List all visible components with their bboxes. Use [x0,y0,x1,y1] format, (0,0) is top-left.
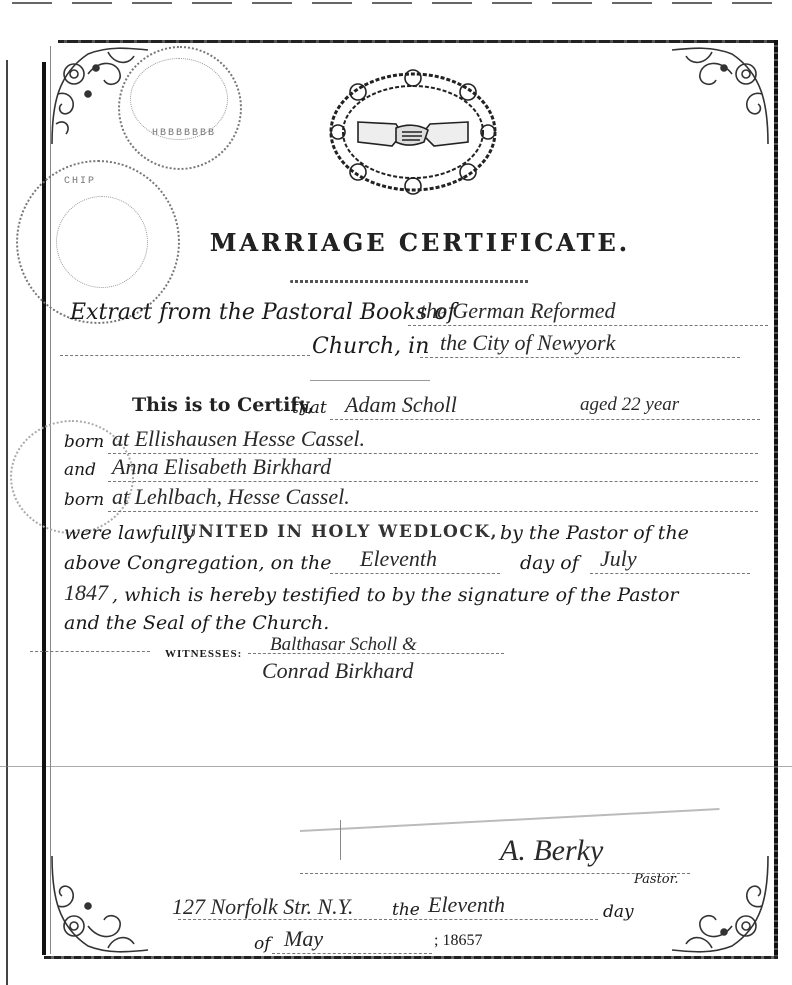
marriage-day: Eleventh [360,546,437,572]
by-pastor-printed: by the Pastor of the [500,522,689,544]
groom-name: Adam Scholl [345,392,457,418]
extract-fill-line-1 [408,324,768,326]
faint-pen-stroke [300,808,720,832]
marriage-month-fill-line [590,572,750,574]
marriage-month: July [600,546,637,572]
extract-fill-line-2 [420,356,740,358]
certificate-title: MARRIAGE CERTIFICATE. [200,228,640,257]
testified-printed: , which is hereby testified to by the si… [112,584,678,606]
flourish-icon [662,846,772,956]
united-in-holy-wedlock: UNITED IN HOLY WEDLOCK, [182,522,498,542]
groom-age: aged 22 year [580,394,679,416]
scan-artifact-left-edge [6,60,8,985]
issue-place: 127 Norfolk Str. N.Y. [172,894,353,920]
extract-printed-1: Extract from the Pastoral Books of [70,300,456,325]
scan-artifact-top [12,2,792,4]
frame-border-top [58,40,778,43]
seal-printed: and the Seal of the Church. [64,612,329,634]
frame-border-right [774,40,778,958]
corner-ornament-bottom-left [48,846,158,956]
groom-birthplace: at Ellishausen Hesse Cassel. [112,426,365,452]
bride-fill-line [108,480,758,482]
scan-fold-line [0,766,792,767]
frame-border-bottom [44,956,778,959]
above-congregation-printed: above Congregation, on the [64,552,331,574]
witnesses-label: WITNESSES: [165,648,242,660]
corner-ornament-bottom-right [662,846,772,956]
groom-fill-line [330,418,760,420]
corner-ornament-top-right [662,44,772,154]
born-label-bride: born [64,490,104,510]
extract-leader-line [60,354,310,356]
official-stamp-2-inner-ring [56,196,148,288]
wreath-handshake-emblem [318,62,508,202]
issue-year: ; 18657 [434,932,482,950]
marriage-year: 1847 [64,580,108,606]
witness-2: Conrad Birkhard [262,658,413,684]
marriage-day-fill-line [330,572,500,574]
and-label: and [64,460,96,480]
section-rule [310,380,430,381]
issue-day: Eleventh [428,892,505,918]
flourish-icon [48,846,158,956]
born-label-groom: born [64,432,104,452]
issue-of-printed: of [254,934,271,954]
certify-printed: This is to Certify, [132,394,314,416]
issue-day-label: day [603,902,634,922]
handshake-icon [318,62,508,202]
extract-handwritten-2: the City of Newyork [440,330,615,356]
extract-handwritten-1: the German Reformed [420,298,616,324]
bride-name: Anna Elisabeth Birkhard [112,454,331,480]
issue-month-fill-line [272,952,432,954]
title-wavy-rule [290,280,530,283]
day-of-printed: day of [520,552,579,574]
witness-1: Balthasar Scholl & [270,634,417,656]
bride-birthplace: at Lehlbach, Hesse Cassel. [112,484,350,510]
witness-leader-line [30,650,150,652]
pastor-signature-line [300,872,690,874]
pastor-label: Pastor. [634,872,679,887]
bride-birthplace-fill-line [108,510,758,512]
that-printed: that [292,398,327,418]
stamp-1-text: HBBBBBBB [152,128,216,139]
extract-printed-2: Church, in [312,334,429,359]
were-lawfully-printed: were lawfully [64,522,194,544]
faint-pen-mark [340,820,341,860]
issue-month: May [284,926,323,952]
issue-the-printed: the [392,900,420,920]
stamp-2-text: CHIP [64,176,96,187]
pastor-signature: A. Berky [500,834,603,868]
flourish-icon [662,44,772,154]
